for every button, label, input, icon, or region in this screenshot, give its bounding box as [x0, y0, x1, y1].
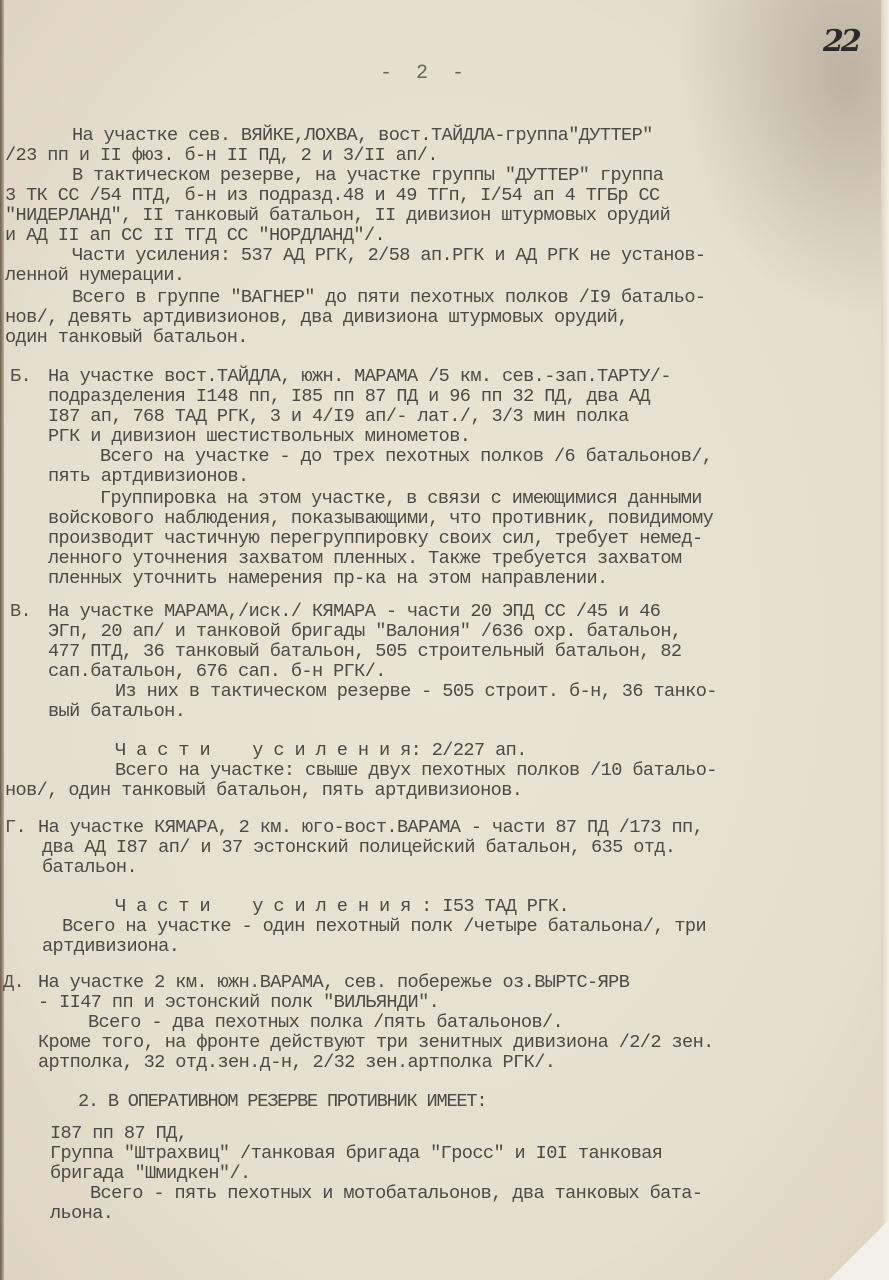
- section-line: - II47 пп и эстонский полк "ВИЛЬЯНДИ".: [38, 993, 439, 1013]
- section-line: два АД I87 ап/ и 37 эстонский полицейски…: [42, 838, 676, 858]
- folded-corner: [829, 1220, 889, 1280]
- intro-line: Всего в группе "ВАГНЕР" до пяти пехотных…: [72, 288, 706, 308]
- section-line: I87 ап, 768 ТАД РГК, 3 и 4/I9 ап/- лат./…: [48, 407, 629, 427]
- section-line: нов/, один танковый батальон, пять артди…: [5, 781, 522, 801]
- document-page: 22 - 2 - На участке сев. ВЯЙКЕ,ЛОХВА, во…: [0, 0, 889, 1280]
- section-line: сап.батальон, 676 сап. б-н РГК/.: [48, 662, 386, 682]
- section-line: 477 ПТД, 36 танковый батальон, 505 строи…: [48, 642, 682, 662]
- section-line: Группировка на этом участке, в связи с и…: [100, 489, 702, 509]
- section-line: Из них в тактическом резерве - 505 строи…: [115, 682, 717, 702]
- section-line: пленных уточнить намерения пр-ка на этом…: [48, 569, 608, 589]
- section-label: В.: [10, 602, 31, 622]
- page-right-edge: [881, 0, 889, 1280]
- intro-line: ленной нумерации.: [5, 266, 185, 286]
- section-line: Всего - два пехотных полка /пять батальо…: [88, 1013, 563, 1033]
- section-line: На участке МАРАМА,/иск./ КЯМАРА - части …: [48, 602, 660, 622]
- section-line: войскового наблюдения, показывающими, чт…: [48, 509, 713, 529]
- section-line: ЭГп, 20 ап/ и танковой бригады "Валония"…: [48, 622, 682, 642]
- section-line: вый батальон.: [48, 702, 185, 722]
- section-label: Д.: [3, 973, 24, 993]
- section-line: пять артдивизионов.: [48, 467, 249, 487]
- reserve-line: I87 пп 87 ПД,: [50, 1124, 187, 1144]
- section-line: Всего на участке - до трех пехотных полк…: [100, 447, 712, 467]
- section-line: батальон.: [42, 858, 137, 878]
- intro-line: В тактическом резерве, на участке группы…: [72, 166, 663, 186]
- intro-line: и АД II ап СС II ТГД СС "НОРДЛАНД"/.: [5, 226, 385, 246]
- operational-reserve-heading: 2. В ОПЕРАТИВНОМ РЕЗЕРВЕ ПРОТИВНИК ИМЕЕТ…: [78, 1092, 486, 1112]
- page-number: - 2 -: [380, 62, 470, 85]
- intro-line: Части усиления: 537 АД РГК, 2/58 ап.РГК …: [72, 246, 706, 266]
- section-line: производит частичную перегруппировку сво…: [48, 529, 703, 549]
- reserve-line: льона.: [50, 1204, 113, 1224]
- section-line: ленного уточнения захватом пленных. Такж…: [48, 549, 682, 569]
- reserve-line: Всего - пять пехотных и мотобатальонов, …: [90, 1184, 702, 1204]
- section-line: Всего на участке: свыше двух пехотных по…: [115, 761, 717, 781]
- intro-line: "НИДЕРЛАНД", II танковый батальон, II ди…: [5, 206, 670, 226]
- section-label: Б.: [10, 367, 31, 387]
- section-line: На участке 2 км. южн.ВАРАМА, сев. побере…: [38, 973, 629, 993]
- section-line: Ч а с т и у с и л е н и я : I53 ТАД РГК.: [115, 897, 569, 917]
- section-line: На участке вост.ТАЙДЛА, южн. МАРАМА /5 к…: [48, 367, 671, 387]
- intro-line: На участке сев. ВЯЙКЕ,ЛОХВА, вост.ТАЙДЛА…: [72, 126, 653, 146]
- section-label: Г.: [5, 818, 26, 838]
- section-line: На участке КЯМАРА, 2 км. юго-вост.ВАРАМА…: [38, 818, 703, 838]
- page-binding-edge: [0, 0, 4, 1280]
- handwritten-folio-number: 22: [823, 24, 859, 59]
- intro-line: /23 пп и II фюз. б-н II ПД, 2 и 3/II ап/…: [5, 146, 438, 166]
- section-line: Кроме того, на фронте действуют три зени…: [38, 1033, 714, 1053]
- reserve-line: бригада "Шмидкен"/.: [50, 1164, 251, 1184]
- reserve-line: Группа "Штрахвиц" /танковая бригада "Гро…: [50, 1144, 662, 1164]
- intro-line: 3 ТК СС /54 ПТД, б-н из подразд.48 и 49 …: [5, 186, 660, 206]
- section-line: подразделения I148 пп, I85 пп 87 ПД и 96…: [48, 387, 650, 407]
- intro-line: нов/, девять артдивизионов, два дивизион…: [5, 308, 628, 328]
- intro-line: один танковый батальон.: [5, 328, 248, 348]
- section-line: РГК и дивизион шестиствольных минометов.: [48, 427, 470, 447]
- section-line: артдивизиона.: [42, 937, 179, 957]
- section-line: Всего на участке - один пехотный полк /ч…: [62, 917, 706, 937]
- section-line: Ч а с т и у с и л е н и я: 2/227 ап.: [115, 741, 527, 761]
- section-line: артполка, 32 отд.зен.д-н, 2/32 зен.артпо…: [38, 1053, 555, 1073]
